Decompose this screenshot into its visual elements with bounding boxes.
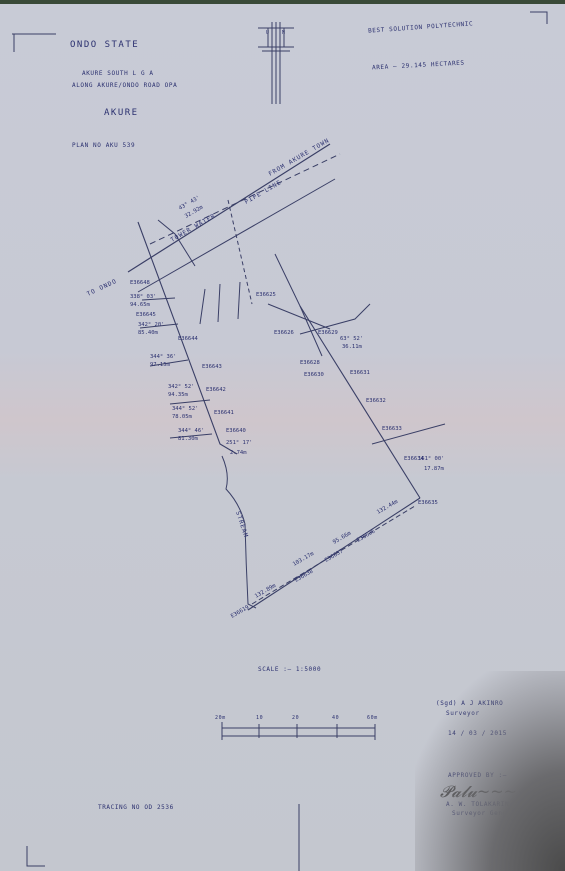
svg-text:E36645: E36645 — [136, 312, 156, 318]
svg-text:161° 00': 161° 00' — [418, 456, 445, 462]
svg-text:344° 46': 344° 46' — [178, 428, 205, 434]
svg-text:103.17m: 103.17m — [292, 551, 316, 568]
svg-text:E36635: E36635 — [418, 500, 438, 506]
north-arrow-shaft — [272, 22, 280, 104]
svg-text:94.65m: 94.65m — [130, 302, 151, 308]
corner-mark-tr — [530, 12, 547, 24]
svg-text:338° 03': 338° 03' — [130, 294, 157, 300]
svg-text:E36630: E36630 — [304, 372, 324, 378]
svg-text:E36626: E36626 — [274, 330, 294, 336]
beacon-labels: E36648 E36645 E36644 E36643 E36642 E3664… — [130, 280, 438, 620]
svg-text:63° 52': 63° 52' — [340, 336, 363, 342]
scale-tick-3: 40 — [332, 715, 339, 721]
svg-text:94.35m: 94.35m — [168, 392, 189, 398]
svg-text:E36629: E36629 — [318, 330, 338, 336]
svg-text:17.87m: 17.87m — [424, 466, 445, 472]
svg-text:344° 52': 344° 52' — [172, 406, 199, 412]
svg-text:342° 20': 342° 20' — [138, 322, 165, 328]
stream-label: STREAM — [234, 510, 249, 538]
svg-text:97.15m: 97.15m — [150, 362, 171, 368]
corner-mark-bl — [27, 846, 45, 866]
svg-text:E36637: E36637 — [324, 549, 344, 564]
pipe-line-label: PIPE LINE — [244, 179, 283, 206]
svg-text:E36638: E36638 — [294, 569, 314, 584]
svg-text:251° 17': 251° 17' — [226, 440, 253, 446]
corner-mark-tl — [12, 34, 56, 52]
scale-tick-0: 20m — [215, 715, 226, 721]
photo-shadow — [415, 671, 565, 871]
scale-label: SCALE :— 1:5000 — [258, 666, 321, 673]
scale-bar — [222, 722, 375, 740]
scale-tick-2: 20 — [292, 715, 299, 721]
svg-text:344° 36': 344° 36' — [150, 354, 177, 360]
stream-line — [222, 456, 256, 608]
survey-plan-sheet: ONDO STATE AKURE SOUTH L G A ALONG AKURE… — [0, 4, 565, 871]
svg-text:2.74m: 2.74m — [230, 450, 247, 456]
svg-text:E36648: E36648 — [130, 280, 150, 286]
svg-text:E36628: E36628 — [300, 360, 320, 366]
road-label-ondo: TO ONDO — [86, 278, 118, 298]
tracing-number: TRACING NO OD 2536 — [98, 804, 174, 811]
svg-text:E36619: E36619 — [230, 605, 250, 620]
bearing-labels: 338° 03'94.65m 342° 20'85.40m 344° 36'97… — [130, 195, 445, 600]
svg-text:78.05m: 78.05m — [172, 414, 193, 420]
svg-text:85.40m: 85.40m — [138, 330, 159, 336]
road-label-akure: FROM AKURE TOWN — [268, 137, 331, 178]
svg-text:E36625: E36625 — [256, 292, 276, 298]
svg-text:81.30m: 81.30m — [178, 436, 199, 442]
svg-text:342° 52': 342° 52' — [168, 384, 195, 390]
scale-tick-1: 10 — [256, 715, 263, 721]
scale-tick-4: 60m — [367, 715, 378, 721]
svg-text:E36643: E36643 — [202, 364, 222, 370]
svg-text:E36636: E36636 — [356, 529, 376, 544]
svg-text:E36631: E36631 — [350, 370, 370, 376]
road-line — [128, 144, 330, 272]
svg-text:E36632: E36632 — [366, 398, 386, 404]
svg-text:E36644: E36644 — [178, 336, 199, 342]
svg-text:E36641: E36641 — [214, 410, 234, 416]
svg-text:E36633: E36633 — [382, 426, 402, 432]
tower-water-label: TOWER WATER — [170, 212, 217, 243]
svg-text:36.11m: 36.11m — [342, 344, 363, 350]
svg-text:E36640: E36640 — [226, 428, 246, 434]
svg-text:E36642: E36642 — [206, 387, 226, 393]
